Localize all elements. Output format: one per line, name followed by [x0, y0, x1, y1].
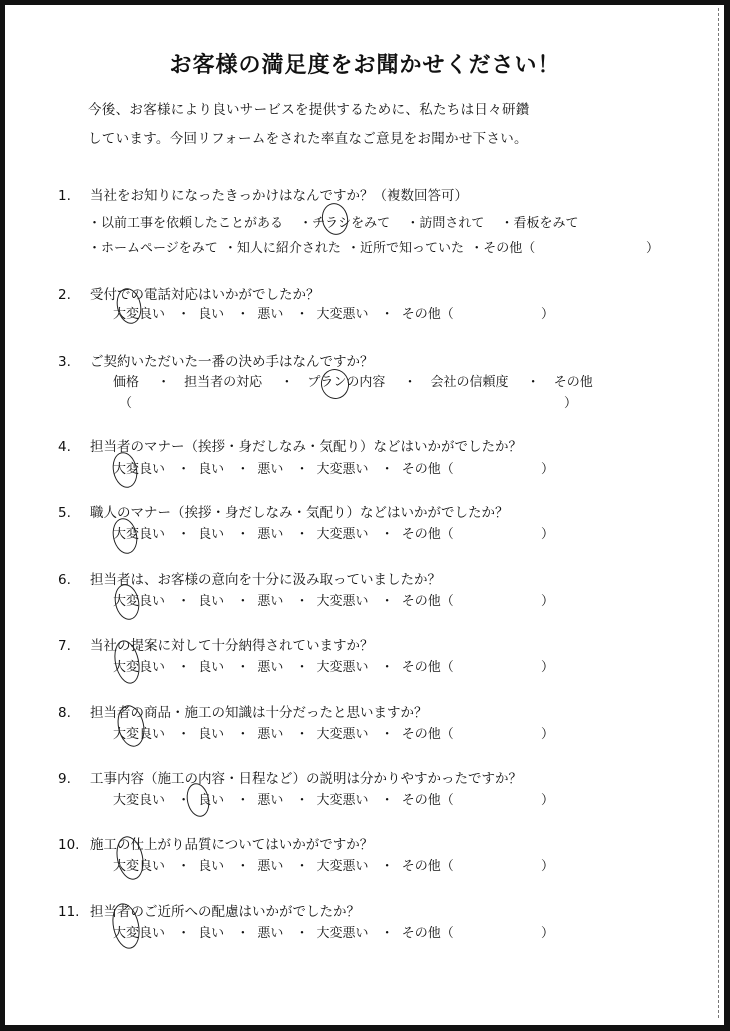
- bullet: ・: [177, 656, 190, 675]
- option-very-bad[interactable]: 大変悪い: [317, 523, 369, 542]
- q8-rating-options: 大変良い ・良い ・悪い ・大変悪い ・その他（: [113, 723, 454, 742]
- q2-rating-options: 大変良い ・良い ・悪い ・大変悪い ・その他（: [113, 303, 454, 322]
- option-company-trust[interactable]: 会社の信頼度: [431, 371, 509, 390]
- option-very-bad[interactable]: 大変悪い: [317, 723, 369, 742]
- option-good[interactable]: 良い: [198, 855, 224, 874]
- option[interactable]: ・以前工事を依頼したことがある: [88, 212, 283, 231]
- bullet: ・: [177, 922, 190, 941]
- question-number: 3.: [58, 354, 90, 370]
- bullet: ・: [381, 855, 394, 874]
- q7-rating-options: 大変良い ・良い ・悪い ・大変悪い ・その他（: [113, 656, 454, 675]
- intro-line-2: しています。今回リフォームをされた率直なご意見をお聞かせ下さい。: [88, 125, 530, 154]
- q11-rating-options: 大変良い ・良い ・悪い ・大変悪い ・その他（: [113, 922, 454, 941]
- question-11: 11.担当者のご近所への配慮はいかがでしたか？: [58, 900, 360, 920]
- option-bad[interactable]: 悪い: [257, 656, 283, 675]
- option-very-good[interactable]: 大変良い: [113, 789, 165, 808]
- option-other[interactable]: その他（: [402, 590, 454, 609]
- bullet: ・: [381, 922, 394, 941]
- option[interactable]: ・訪問されて: [406, 212, 484, 231]
- option-very-bad[interactable]: 大変悪い: [317, 855, 369, 874]
- q6-rating-options: 大変良い ・良い ・悪い ・大変悪い ・その他（: [113, 590, 454, 609]
- bullet: ・: [381, 723, 394, 742]
- bullet: ・: [296, 656, 309, 675]
- open-paren: （: [119, 392, 132, 411]
- bullet: ・: [177, 303, 190, 322]
- option-bad[interactable]: 悪い: [257, 789, 283, 808]
- bullet: ・: [236, 303, 249, 322]
- question-text: 当社をお知りになったきっかけはなんですか？（複数回答可）: [90, 188, 468, 204]
- bullet: ・: [404, 371, 417, 390]
- intro-line-1: 今後、お客様により良いサービスを提供するために、私たちは日々研鑽: [88, 96, 530, 125]
- bullet: ・: [296, 458, 309, 477]
- option-good[interactable]: 良い: [198, 922, 224, 941]
- option-bad[interactable]: 悪い: [257, 523, 283, 542]
- option-very-bad[interactable]: 大変悪い: [317, 590, 369, 609]
- option-bad[interactable]: 悪い: [257, 458, 283, 477]
- question-number: 7.: [58, 638, 90, 654]
- question-number: 9.: [58, 771, 90, 787]
- question-number: 11.: [58, 904, 90, 920]
- bullet: ・: [177, 523, 190, 542]
- question-9: 9.工事内容（施工の内容・日程など）の説明は分かりやすかったですか？: [58, 767, 522, 787]
- option[interactable]: ・知人に紹介された: [224, 237, 341, 256]
- bullet: ・: [296, 855, 309, 874]
- question-4: 4.担当者のマナー（挨拶・身だしなみ・気配り）などはいかがでしたか？: [58, 435, 522, 455]
- bullet: ・: [236, 789, 249, 808]
- close-paren: ）: [541, 922, 554, 941]
- question-1: 1.当社をお知りになったきっかけはなんですか？（複数回答可）: [58, 184, 468, 204]
- bullet: ・: [381, 789, 394, 808]
- question-text: 担当者のマナー（挨拶・身だしなみ・気配り）などはいかがでしたか？: [90, 439, 522, 455]
- bullet: ・: [177, 590, 190, 609]
- bullet: ・: [527, 371, 540, 390]
- question-text: 職人のマナー（挨拶・身だしなみ・気配り）などはいかがでしたか？: [90, 505, 509, 521]
- option-other[interactable]: その他: [554, 371, 593, 390]
- close-paren: ）: [564, 392, 577, 411]
- option-other[interactable]: その他（: [402, 303, 454, 322]
- close-paren: ）: [541, 590, 554, 609]
- bullet: ・: [236, 922, 249, 941]
- bullet: ・: [236, 523, 249, 542]
- option[interactable]: ・ホームページをみて: [88, 237, 218, 256]
- close-paren: ）: [541, 656, 554, 675]
- close-paren: ）: [541, 523, 554, 542]
- bullet: ・: [296, 523, 309, 542]
- option-bad[interactable]: 悪い: [257, 723, 283, 742]
- option-good[interactable]: 良い: [198, 723, 224, 742]
- question-number: 10.: [58, 837, 90, 853]
- q3-options: 価格 ・担当者の対応 ・プランの内容 ・会社の信頼度 ・その他: [113, 371, 593, 390]
- bullet: ・: [177, 723, 190, 742]
- q5-rating-options: 大変良い ・良い ・悪い ・大変悪い ・その他（: [113, 523, 454, 542]
- option[interactable]: ・近所で知っていた: [347, 237, 464, 256]
- bullet: ・: [280, 371, 293, 390]
- option-very-bad[interactable]: 大変悪い: [317, 789, 369, 808]
- close-paren: ）: [541, 723, 554, 742]
- q9-rating-options: 大変良い ・良い ・悪い ・大変悪い ・その他（: [113, 789, 454, 808]
- bullet: ・: [296, 723, 309, 742]
- bullet: ・: [296, 789, 309, 808]
- option-price[interactable]: 価格: [113, 371, 139, 390]
- bullet: ・: [236, 855, 249, 874]
- bullet: ・: [157, 371, 170, 390]
- close-paren: ）: [541, 855, 554, 874]
- question-number: 1.: [58, 188, 90, 204]
- option-other[interactable]: その他（: [402, 789, 454, 808]
- question-10: 10.施工の仕上がり品質についてはいかがですか？: [58, 833, 373, 853]
- bullet: ・: [236, 458, 249, 477]
- option-other[interactable]: その他（: [402, 656, 454, 675]
- question-3: 3.ご契約いただいた一番の決め手はなんですか？: [58, 350, 374, 370]
- question-6: 6.担当者は、お客様の意向を十分に汲み取っていましたか？: [58, 568, 441, 588]
- bullet: ・: [236, 590, 249, 609]
- scan-edge-line: [718, 8, 719, 1018]
- q4-rating-options: 大変良い ・良い ・悪い ・大変悪い ・その他（: [113, 458, 454, 477]
- bullet: ・: [236, 723, 249, 742]
- bullet: ・: [381, 303, 394, 322]
- option-other[interactable]: その他（: [402, 922, 454, 941]
- option-good[interactable]: 良い: [198, 590, 224, 609]
- question-text: 担当者は、お客様の意向を十分に汲み取っていましたか？: [90, 572, 441, 588]
- question-number: 2.: [58, 287, 90, 303]
- option-bad[interactable]: 悪い: [257, 303, 283, 322]
- question-text: 工事内容（施工の内容・日程など）の説明は分かりやすかったですか？: [90, 771, 522, 787]
- page-title: お客様の満足度をお聞かせください！: [0, 48, 730, 79]
- bullet: ・: [236, 656, 249, 675]
- option-other[interactable]: その他（: [402, 723, 454, 742]
- q1-options-row2: ・ホームページをみて ・知人に紹介された ・近所で知っていた ・その他（: [88, 237, 535, 256]
- option-other[interactable]: その他（: [402, 523, 454, 542]
- option-very-bad[interactable]: 大変悪い: [317, 922, 369, 941]
- option-other[interactable]: その他（: [402, 855, 454, 874]
- option-good[interactable]: 良い: [198, 656, 224, 675]
- bullet: ・: [177, 855, 190, 874]
- option-very-bad[interactable]: 大変悪い: [317, 303, 369, 322]
- option-good[interactable]: 良い: [198, 303, 224, 322]
- question-8: 8.担当者の商品・施工の知識は十分だったと思いますか？: [58, 701, 428, 721]
- close-paren: ）: [646, 237, 659, 256]
- bullet: ・: [381, 656, 394, 675]
- bullet: ・: [296, 590, 309, 609]
- question-text: ご契約いただいた一番の決め手はなんですか？: [90, 354, 374, 370]
- option-bad[interactable]: 悪い: [257, 590, 283, 609]
- bullet: ・: [381, 523, 394, 542]
- question-number: 6.: [58, 572, 90, 588]
- option-other[interactable]: ・その他（: [470, 237, 535, 256]
- option-other[interactable]: その他（: [402, 458, 454, 477]
- option-very-bad[interactable]: 大変悪い: [317, 458, 369, 477]
- intro-text: 今後、お客様により良いサービスを提供するために、私たちは日々研鑽 しています。今…: [88, 96, 530, 154]
- bullet: ・: [296, 303, 309, 322]
- bullet: ・: [296, 922, 309, 941]
- question-2: 2.受付での電話対応はいかがでしたか？: [58, 283, 320, 303]
- bullet: ・: [381, 590, 394, 609]
- option-bad[interactable]: 悪い: [257, 922, 283, 941]
- bullet: ・: [381, 458, 394, 477]
- close-paren: ）: [541, 789, 554, 808]
- question-number: 5.: [58, 505, 90, 521]
- question-7: 7.当社の提案に対して十分納得されていますか？: [58, 634, 374, 654]
- bullet: ・: [177, 458, 190, 477]
- close-paren: ）: [541, 303, 554, 322]
- option-bad[interactable]: 悪い: [257, 855, 283, 874]
- option-very-bad[interactable]: 大変悪い: [317, 656, 369, 675]
- option[interactable]: ・看板をみて: [500, 212, 578, 231]
- option-staff-response[interactable]: 担当者の対応: [184, 371, 262, 390]
- option-good[interactable]: 良い: [198, 523, 224, 542]
- question-number: 4.: [58, 439, 90, 455]
- close-paren: ）: [541, 458, 554, 477]
- q10-rating-options: 大変良い ・良い ・悪い ・大変悪い ・その他（: [113, 855, 454, 874]
- question-number: 8.: [58, 705, 90, 721]
- option-good[interactable]: 良い: [198, 458, 224, 477]
